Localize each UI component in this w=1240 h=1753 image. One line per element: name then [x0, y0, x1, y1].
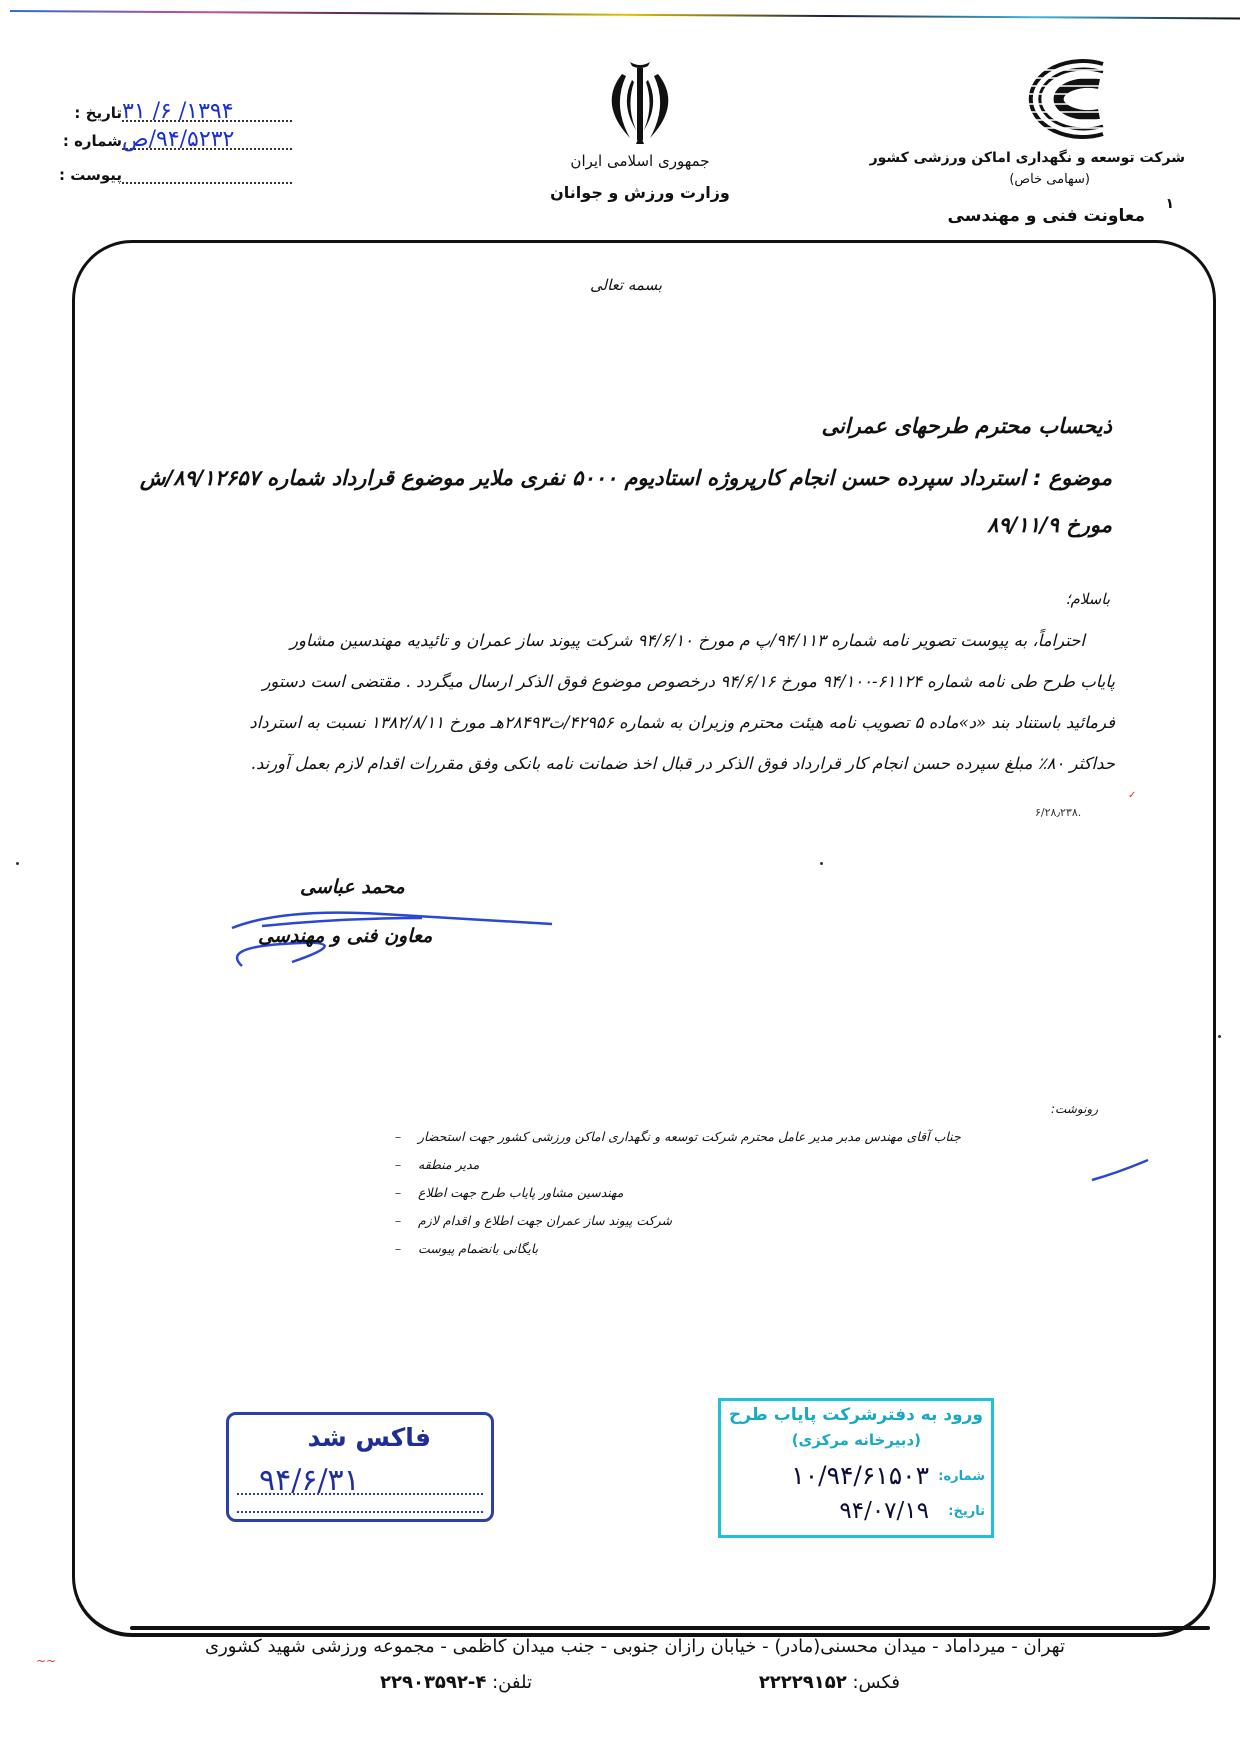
company-type: (سهامی خاص) [1009, 172, 1090, 187]
entry-stamp-line1: ورود به دفترشرکت پایاب طرح [729, 1405, 983, 1425]
cc-item: –بایگانی بانضمام پیوست [378, 1234, 1098, 1262]
attachment-label: پیوست : [59, 166, 122, 184]
red-tick-mark: ✓ [1128, 790, 1134, 798]
cc-item: –شرکت پیوند ساز عمران جهت اطلاع و اقدام … [378, 1206, 1098, 1234]
basmala: بسمه تعالی [590, 276, 662, 294]
entry-number-label: شماره: [938, 1469, 985, 1484]
fax-info: فکس: ۲۲۲۲۹۱۵۲ [759, 1672, 900, 1693]
signatory-title: معاون فنی و مهندسی [258, 925, 432, 947]
phone-info: تلفن: ۴-۲۲۹۰۳۵۹۲ [380, 1672, 532, 1693]
body-line: فرمائید باستناد بند «د»ماده ۵ تصویب نامه… [130, 702, 1115, 743]
scan-speck [1218, 1035, 1221, 1038]
cc-heading: رونوشت: [1051, 1102, 1098, 1116]
footer-divider [130, 1626, 1210, 1630]
entry-date-value: ۹۴/۰۷/۱۹ [839, 1498, 929, 1524]
cc-item: –جناب آقای مهندس مدبر مدیر عامل محترم شر… [378, 1122, 1098, 1150]
entry-date-label: تاریخ: [948, 1504, 985, 1519]
number-field: شماره : ۹۴/۵۲۳۲/ص [59, 128, 292, 150]
body-line: احتراماً، به پیوست تصویر نامه شماره ۹۴/۱… [130, 620, 1115, 661]
striped-c-logo-icon [995, 58, 1109, 140]
date-label: تاریخ : [74, 104, 122, 122]
item-number: ۱ [1165, 196, 1174, 212]
scan-speck [820, 862, 823, 865]
department-name: معاونت فنی و مهندسی [948, 206, 1145, 226]
top-scan-edge-line [10, 10, 1240, 20]
fax-stamp: فاکس شد ۹۴/۶/۳۱ [226, 1412, 494, 1522]
company-name: شرکت توسعه و نگهداری اماکن ورزشی کشور [870, 150, 1185, 166]
red-corner-mark: ~~ [36, 1654, 56, 1668]
letter-subject: موضوع : استرداد سپرده حسن انجام کارپروژه… [122, 455, 1112, 549]
iran-emblem-icon [592, 54, 688, 150]
footer-address: تهران - میرداماد - میدان محسنی(مادر) - خ… [140, 1636, 1130, 1657]
fax-stamp-title: فاکس شد [308, 1423, 431, 1452]
cc-list: –جناب آقای مهندس مدبر مدیر عامل محترم شر… [378, 1122, 1098, 1262]
date-field: تاریخ : ۱۳۹۴/ ۶/ ۳۱ [70, 100, 292, 122]
attachment-field: پیوست : [55, 162, 292, 184]
entry-stamp: ورود به دفترشرکت پایاب طرح (دبیرخانه مرک… [718, 1398, 994, 1538]
cc-item: –مهندسین مشاور پایاب طرح جهت اطلاع [378, 1178, 1098, 1206]
entry-stamp-line2: (دبیرخانه مرکزی) [792, 1431, 921, 1449]
cc-item: –مدیر منطقه [378, 1150, 1098, 1178]
republic-name: جمهوری اسلامی ایران [520, 152, 760, 170]
greeting: باسلام؛ [1066, 590, 1110, 608]
signatory-name: محمد عباسی [300, 876, 405, 898]
number-value: ۹۴/۵۲۳۲/ص [122, 127, 292, 152]
ministry-name: وزارت ورزش و جوانان [520, 183, 760, 202]
body-line: پایاب طرح طی نامه شماره ۶۱۱۲۴-۹۴/۱۰۰ مور… [130, 661, 1115, 702]
number-label: شماره : [63, 132, 122, 150]
body-line: حداکثر ۸۰٪ مبلغ سپرده حسن انجام کار قرار… [130, 743, 1115, 784]
blue-pen-check-icon [1090, 1158, 1150, 1182]
scan-speck [16, 862, 19, 865]
letter-body: احتراماً، به پیوست تصویر نامه شماره ۹۴/۱… [130, 620, 1115, 784]
entry-number-value: ۱۰/۹۴/۶۱۵۰۳ [791, 1461, 929, 1490]
addressee: ذیحساب محترم طرحهای عمرانی [821, 414, 1112, 438]
margin-note: ۶/۲۸٫۲۳۸. [1035, 806, 1081, 819]
footer-contacts: تلفن: ۴-۲۲۹۰۳۵۹۲ فکس: ۲۲۲۲۹۱۵۲ [380, 1672, 900, 1693]
date-value: ۱۳۹۴/ ۶/ ۳۱ [122, 99, 292, 124]
